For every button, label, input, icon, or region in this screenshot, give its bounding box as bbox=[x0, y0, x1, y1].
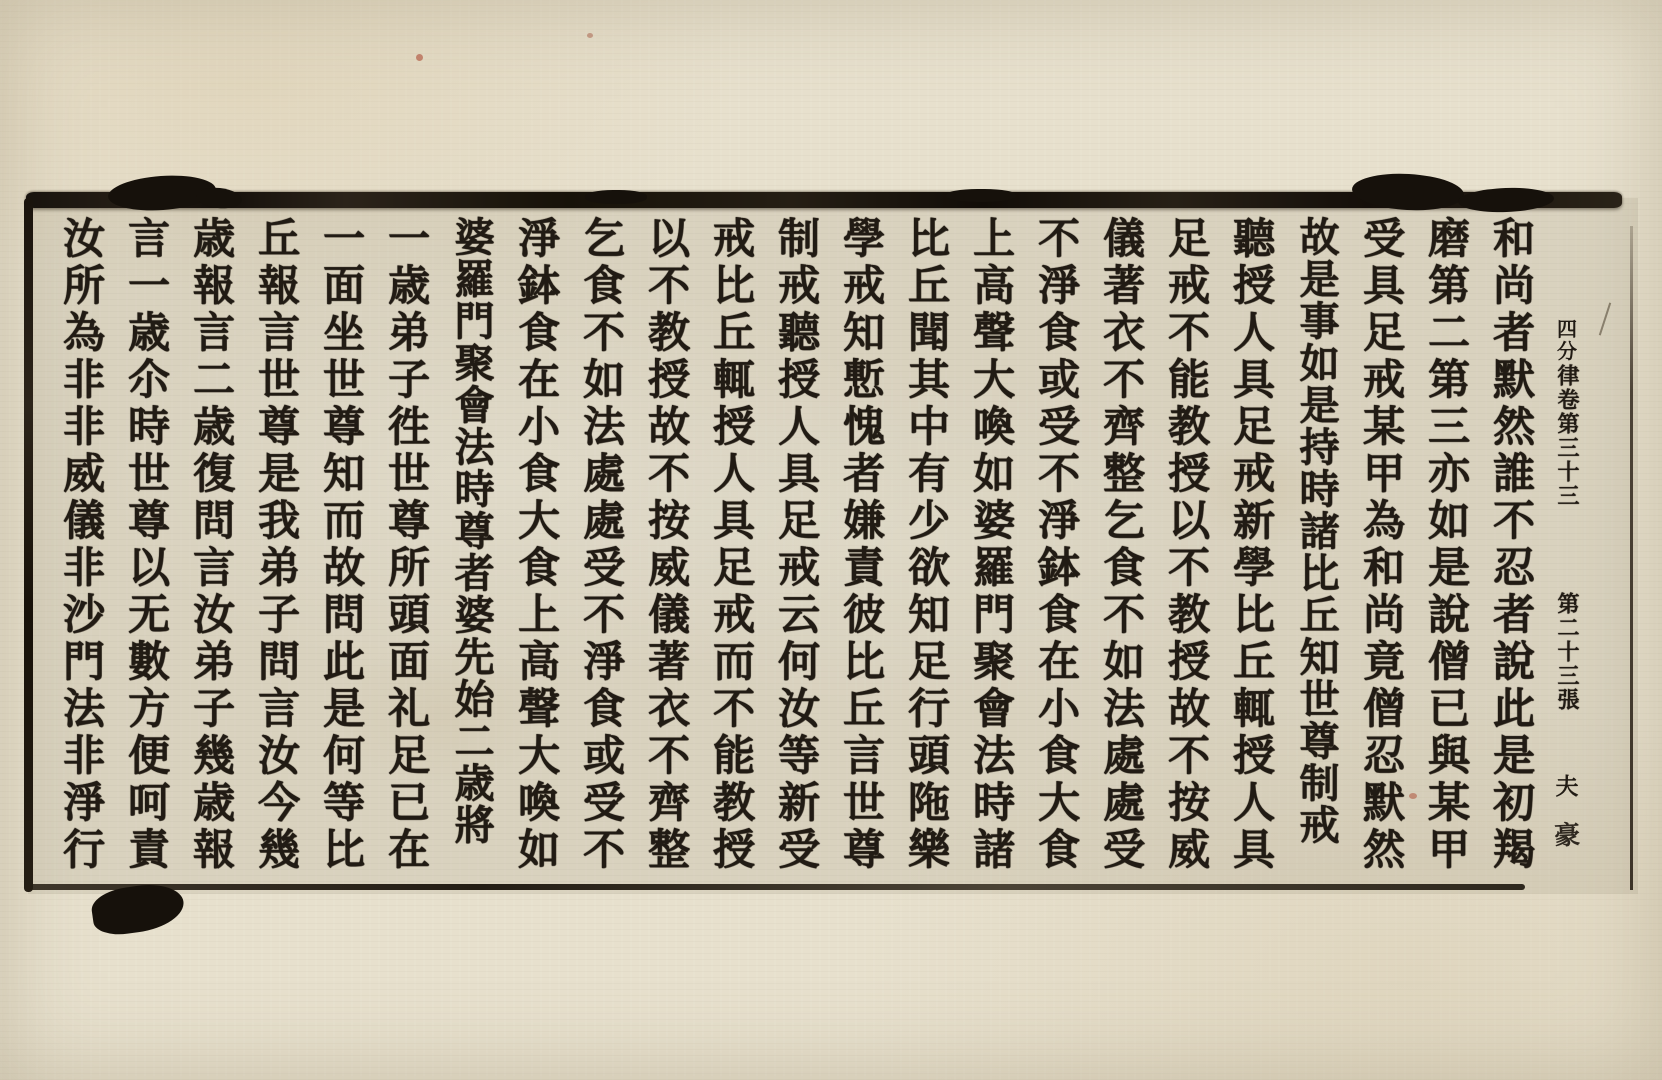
case-character: 夫 bbox=[1556, 768, 1579, 801]
text-block: 四 分 律卷第三十三 第二十三張 夫 豪 和尚者默然誰不忍者說此是初羯 磨第二第… bbox=[49, 216, 1590, 892]
ink-blob bbox=[946, 189, 1016, 202]
title-ligature-sifen: 四 分 bbox=[1557, 318, 1577, 364]
text-column: 制戒聽授人具足戒云何汝等新受 bbox=[764, 216, 829, 892]
paper-speck bbox=[416, 54, 423, 61]
paper-speck bbox=[587, 33, 593, 38]
text-column: 汝所為非非威儀非沙門法非淨行 bbox=[49, 216, 114, 892]
engraver-mark: 豪 bbox=[1553, 814, 1581, 852]
text-column: 一面坐世尊知而故問此是何等比 bbox=[309, 216, 374, 892]
folio-number: 第二十三張 bbox=[1552, 592, 1582, 712]
text-column: 丘報言世尊是我弟子問言汝今幾 bbox=[244, 216, 309, 892]
text-column: 上高聲大喚如婆羅門聚會法時諸 bbox=[959, 216, 1024, 892]
text-column: 故是事如是持時諸比丘知世尊制戒 bbox=[1284, 216, 1349, 892]
ligature-bottom-char: 分 bbox=[1557, 340, 1577, 362]
text-column: 以不教授故不按威儀著衣不齊整 bbox=[634, 216, 699, 892]
sutra-page: 四 分 律卷第三十三 第二十三張 夫 豪 和尚者默然誰不忍者說此是初羯 磨第二第… bbox=[0, 0, 1662, 1080]
ligature-top-char: 四 bbox=[1557, 318, 1577, 340]
folio-marker-column: 四 分 律卷第三十三 第二十三張 夫 豪 bbox=[1544, 216, 1590, 892]
text-column: 歳報言二歳復問言汝弟子幾歳報 bbox=[179, 216, 244, 892]
text-column: 磨第二第三亦如是說僧已與某甲 bbox=[1414, 216, 1479, 892]
text-column: 和尚者默然誰不忍者說此是初羯 bbox=[1479, 216, 1544, 892]
scroll-title: 律卷第三十三 bbox=[1552, 364, 1582, 508]
text-column: 婆羅門聚會法時尊者婆先始二歳將 bbox=[439, 216, 504, 892]
text-column: 儀著衣不齊整乞食不如法處處受 bbox=[1089, 216, 1154, 892]
text-column: 言一歳尒時世尊以无數方便呵責 bbox=[114, 216, 179, 892]
text-column: 淨鉢食在小食大食上高聲大喚如 bbox=[504, 216, 569, 892]
left-border-line bbox=[24, 198, 33, 892]
right-border-line bbox=[1630, 226, 1633, 890]
text-column: 足戒不能教授以不教授故不按威 bbox=[1154, 216, 1219, 892]
text-column: 戒比丘輒授人具足戒而不能教授 bbox=[699, 216, 764, 892]
text-column: 一歳弟子徃世尊所頭面礼足已在 bbox=[374, 216, 439, 892]
text-column: 學戒知慙愧者嫌責彼比丘言世尊 bbox=[829, 216, 894, 892]
ink-blob bbox=[585, 190, 647, 204]
text-column: 受具足戒某甲為和尚竟僧忍默然 bbox=[1349, 216, 1414, 892]
text-column: 比丘聞其中有少欲知足行頭陁樂 bbox=[894, 216, 959, 892]
text-column: 乞食不如法處處受不淨食或受不 bbox=[569, 216, 634, 892]
text-column: 聽授人具足戒新學比丘輒授人具 bbox=[1219, 216, 1284, 892]
text-column: 不淨食或受不淨鉢食在小食大食 bbox=[1024, 216, 1089, 892]
